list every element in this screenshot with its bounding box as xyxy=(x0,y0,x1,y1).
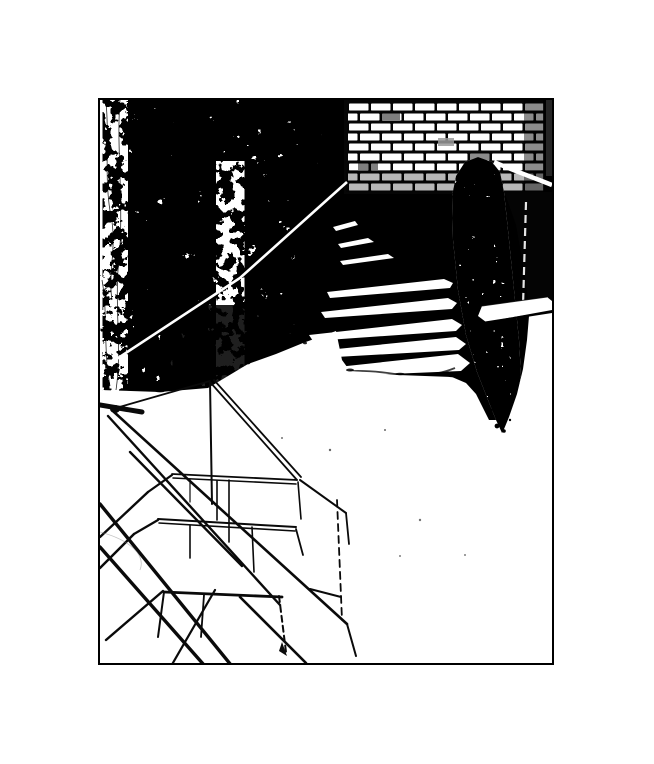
photo-frame xyxy=(98,98,554,665)
brick-wall xyxy=(344,100,552,194)
page-background xyxy=(0,0,654,764)
photo xyxy=(100,100,552,663)
marked-brick xyxy=(438,138,454,146)
